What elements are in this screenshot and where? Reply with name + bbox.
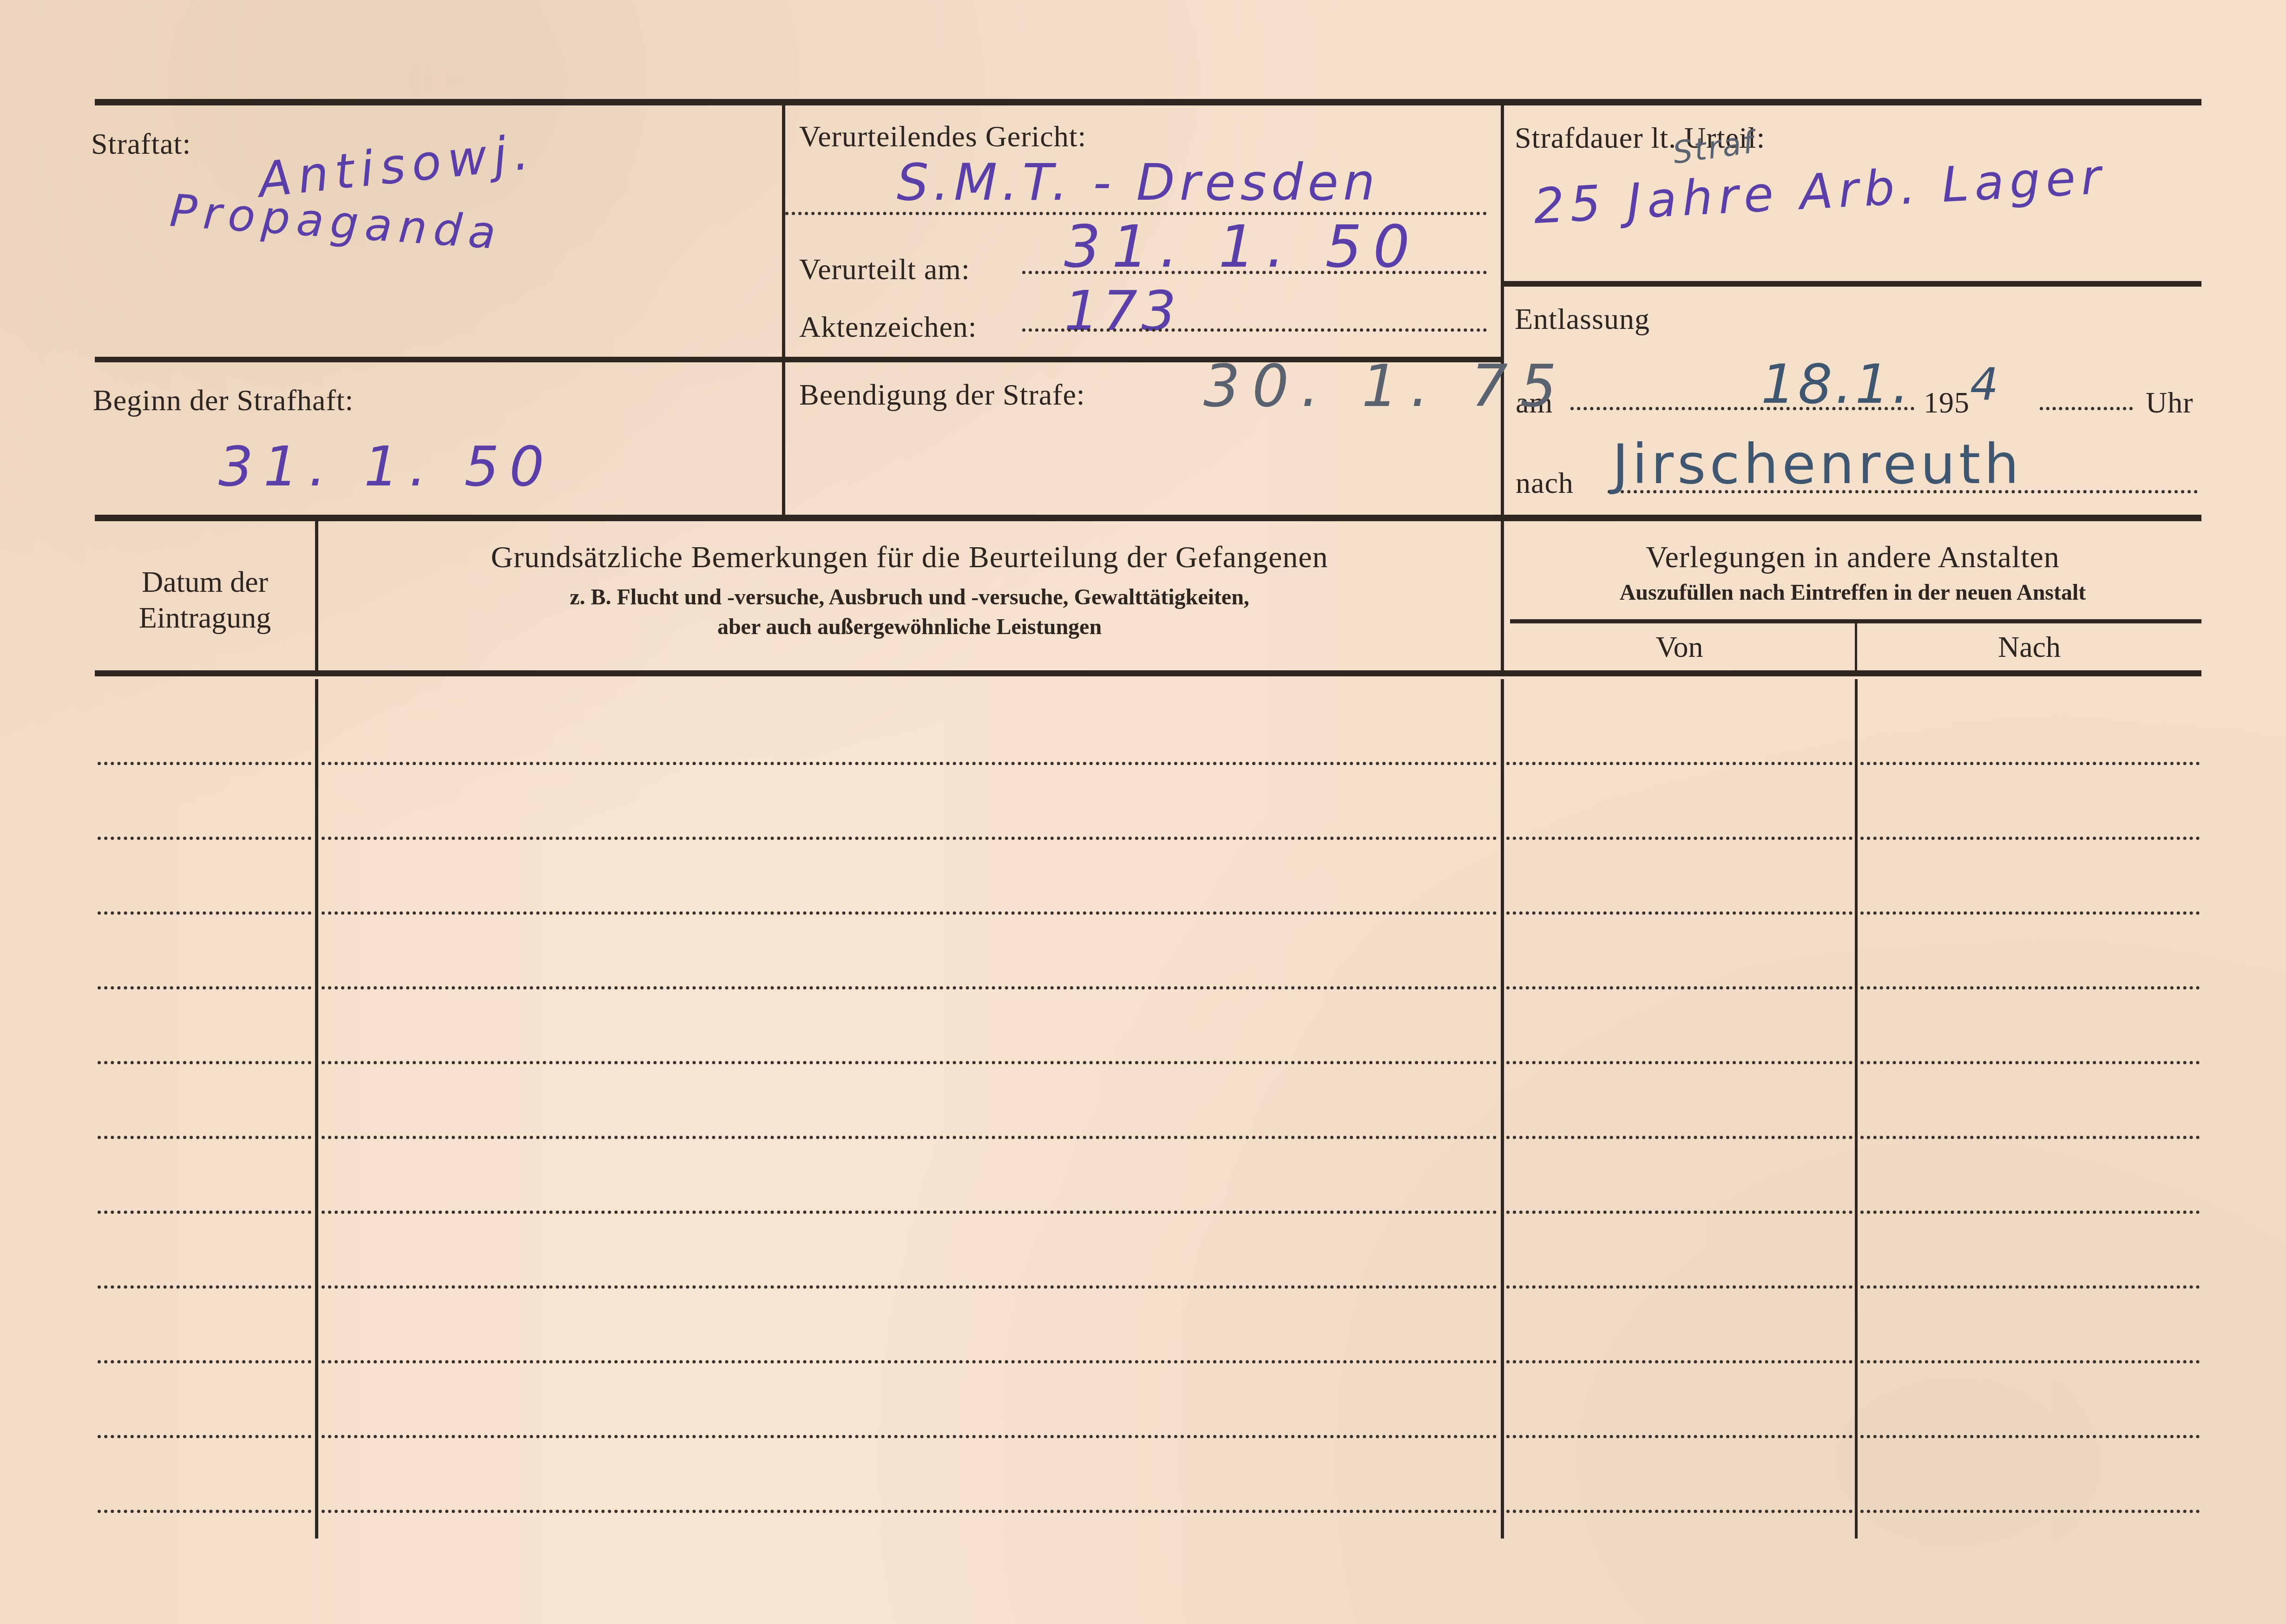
- table-row[interactable]: [0, 1369, 2286, 1435]
- col-transfers-title: Verlegungen in andere Anstalten: [1504, 539, 2201, 576]
- table-row-line: [1860, 1285, 2200, 1289]
- release-time-label: Uhr: [2146, 388, 2194, 418]
- table-row-line: [98, 1285, 311, 1289]
- col-date-header: Datum der Eintragung: [95, 564, 315, 636]
- transfers-subheader-rule: [1510, 619, 2201, 623]
- table-row-line: [322, 911, 1497, 915]
- file-number-underline: [1022, 328, 1487, 332]
- table-row-line: [98, 1435, 311, 1438]
- release-year-prefix: 195: [1924, 388, 1970, 418]
- table-row-line: [1860, 762, 2200, 765]
- release-year-suffix[interactable]: 4: [1970, 362, 1998, 407]
- court-value[interactable]: S.M.T. - Dresden: [897, 158, 1379, 208]
- imprisonment-start-value[interactable]: 31. 1. 50: [218, 439, 554, 494]
- table-row-line: [98, 1360, 311, 1363]
- table-row-line: [322, 837, 1497, 840]
- table-row-line: [1860, 1211, 2200, 1214]
- offense-value-line2[interactable]: Propaganda: [169, 188, 504, 256]
- table-row-line: [98, 1211, 311, 1214]
- table-row-line: [98, 1061, 311, 1064]
- table-row-line: [1860, 1061, 2200, 1064]
- table-row-line: [1860, 1510, 2200, 1513]
- col-date-line1: Datum der: [95, 564, 315, 600]
- table-row[interactable]: [0, 1220, 2286, 1285]
- release-time-underline: [2040, 407, 2133, 410]
- offense-value-line1[interactable]: Antisowj.: [256, 127, 537, 204]
- table-row-line: [1506, 1510, 1852, 1513]
- table-row-line: [1860, 1435, 2200, 1438]
- table-row-line: [322, 762, 1497, 765]
- table-row[interactable]: [0, 1295, 2286, 1360]
- release-to-value[interactable]: Jirschenreuth: [1612, 437, 2023, 491]
- table-row-line: [322, 1211, 1497, 1214]
- rule-table-top: [95, 515, 2201, 521]
- col-remarks-title: Grundsätzliche Bemerkungen für die Beurt…: [318, 539, 1501, 576]
- table-row-line: [98, 1136, 311, 1139]
- table-row-line: [1506, 1435, 1852, 1438]
- sentence-end-label: Beendigung der Strafe:: [799, 380, 1085, 410]
- release-date-value[interactable]: 18.1.: [1761, 358, 1912, 412]
- col-from-header: Von: [1504, 629, 1855, 665]
- table-row-line: [1860, 911, 2200, 915]
- table-row-line: [1506, 762, 1852, 765]
- release-to-label: nach: [1516, 468, 1574, 498]
- table-row-line: [1506, 1136, 1852, 1139]
- table-row-line: [1506, 911, 1852, 915]
- table-row-line: [322, 1285, 1497, 1289]
- col-to-header: Nach: [1857, 629, 2201, 665]
- table-row[interactable]: [0, 1070, 2286, 1136]
- sentenced-on-underline: [1022, 271, 1487, 274]
- table-row[interactable]: [0, 1444, 2286, 1510]
- table-row-line: [1506, 837, 1852, 840]
- table-row-line: [1506, 1211, 1852, 1214]
- table-row[interactable]: [0, 771, 2286, 837]
- col-transfers-subtitle: Auszufüllen nach Eintreffen in der neuen…: [1504, 579, 2201, 606]
- rule-table-header-bottom: [95, 670, 2201, 676]
- table-row-line: [98, 986, 311, 989]
- col-remarks-subtitle1: z. B. Flucht und -versuche, Ausbruch und…: [318, 584, 1501, 611]
- col-transfers-header: Verlegungen in andere Anstalten Auszufül…: [1504, 539, 2201, 606]
- table-row-line: [322, 986, 1497, 989]
- divider-col2: [1501, 105, 1504, 517]
- table-divider-remarks: [1501, 521, 1504, 671]
- offense-label: Straftat:: [91, 129, 191, 159]
- table-row-line: [98, 762, 311, 765]
- table-row[interactable]: [0, 1145, 2286, 1211]
- table-row-line: [98, 837, 311, 840]
- col-remarks-subtitle2: aber auch außergewöhnliche Leistungen: [318, 614, 1501, 641]
- table-row-line: [1506, 1285, 1852, 1289]
- court-label: Verurteilendes Gericht:: [799, 122, 1086, 151]
- table-divider-date: [315, 521, 318, 671]
- table-row-line: [1506, 1360, 1852, 1363]
- table-row-line: [1506, 1061, 1852, 1064]
- table-row-line: [1860, 986, 2200, 989]
- table-row[interactable]: [0, 921, 2286, 986]
- table-row-line: [1860, 837, 2200, 840]
- table-row-line: [1860, 1136, 2200, 1139]
- col-date-line2: Eintragung: [95, 600, 315, 636]
- sentenced-on-value[interactable]: 31. 1. 50: [1064, 218, 1421, 276]
- divider-col1: [782, 105, 785, 360]
- table-row-line: [322, 1510, 1497, 1513]
- table-row-line: [322, 1435, 1497, 1438]
- table-row[interactable]: [0, 696, 2286, 762]
- table-row-line: [322, 1136, 1497, 1139]
- table-row-line: [322, 1360, 1497, 1363]
- sentenced-on-label: Verurteilt am:: [799, 255, 970, 284]
- table-row[interactable]: [0, 846, 2286, 911]
- sentence-end-value[interactable]: 30. 1. 75: [1203, 358, 1569, 415]
- table-row-line: [1506, 986, 1852, 989]
- file-number-label: Aktenzeichen:: [799, 312, 977, 342]
- release-label: Entlassung: [1515, 304, 1650, 334]
- table-row[interactable]: [0, 995, 2286, 1061]
- table-row-line: [1860, 1360, 2200, 1363]
- table-row-line: [98, 911, 311, 915]
- rule-right-section: [1504, 281, 2201, 287]
- table-row-line: [322, 1061, 1497, 1064]
- table-row-line: [98, 1510, 311, 1513]
- col-remarks-header: Grundsätzliche Bemerkungen für die Beurt…: [318, 539, 1501, 640]
- divider-row2-col1: [782, 362, 785, 517]
- top-rule: [95, 99, 2201, 105]
- imprisonment-start-label: Beginn der Strafhaft:: [93, 386, 354, 415]
- sentence-duration-value[interactable]: 25 Jahre Arb. Lager: [1532, 152, 2108, 230]
